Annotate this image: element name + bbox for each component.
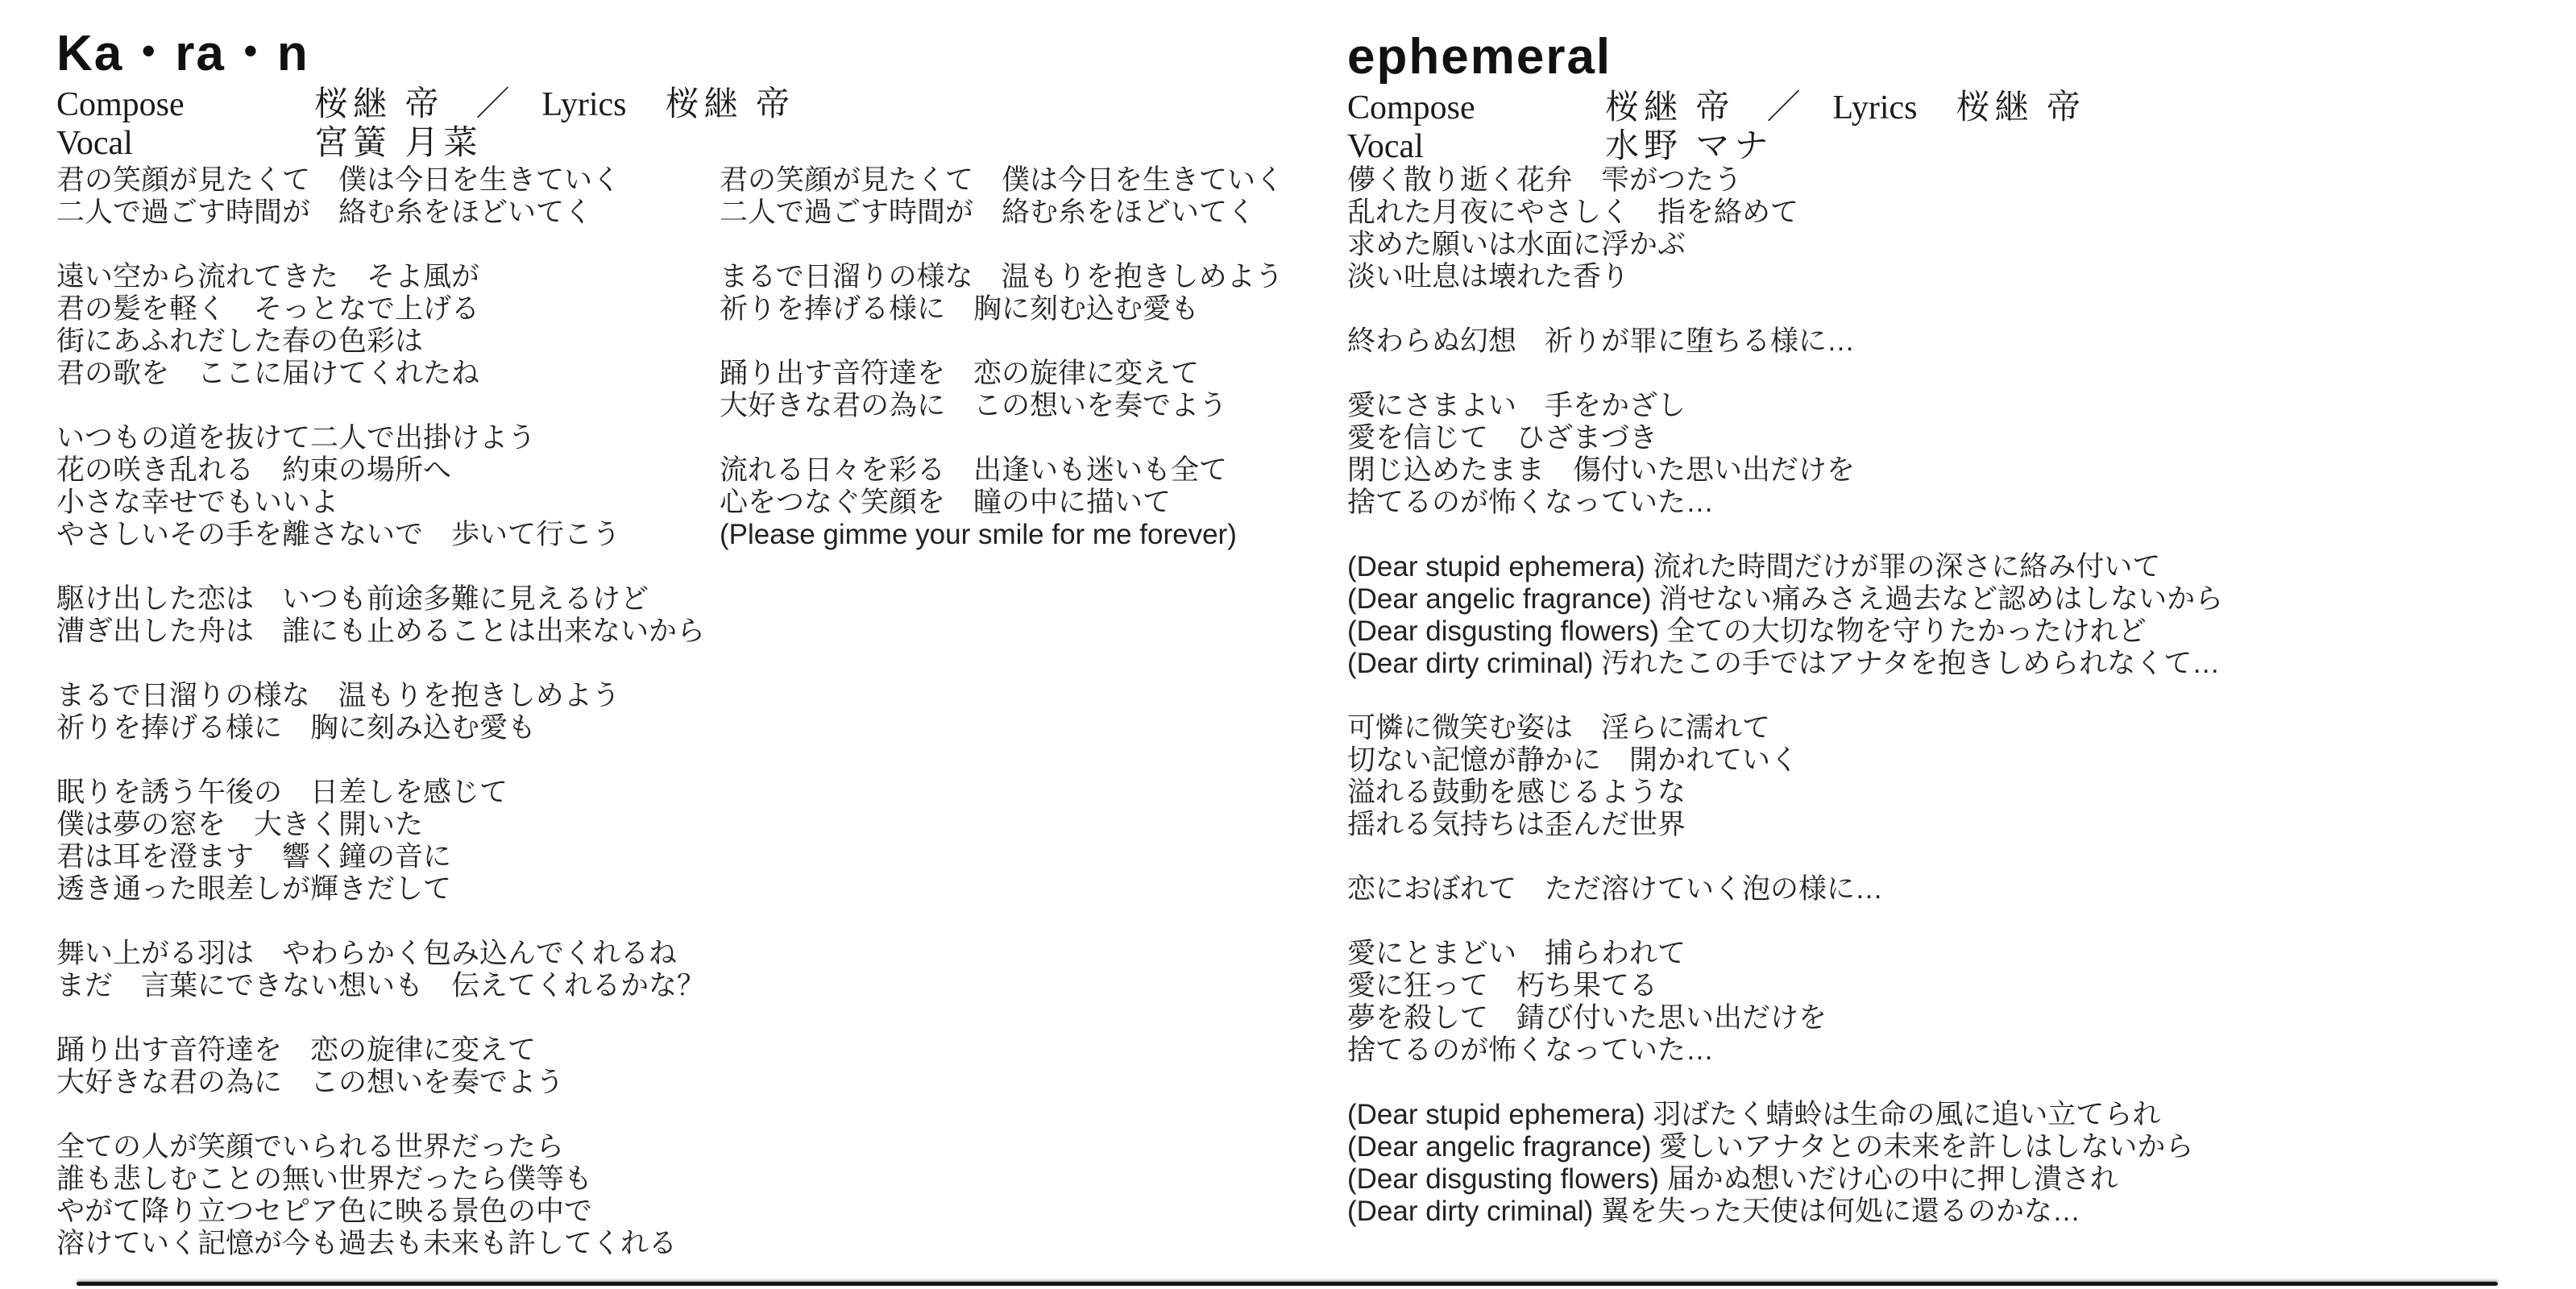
lyric-line: 漕ぎ出した舟は 誰にも止めることは出来ないから	[56, 615, 709, 648]
stanza: 愛にとまどい 捕らわれて愛に狂って 朽ち果てる夢を殺して 錆び付いた思い出だけを…	[1347, 938, 2395, 1067]
vocalist-name: 宮簧 月菜	[314, 124, 483, 163]
lyric-line: (Please gimme your smile for me forever)	[720, 519, 1340, 551]
stanza: (Dear stupid ephemera) 流れた時間だけが罪の深さに絡み付い…	[1347, 551, 2395, 680]
stanza: 流れる日々を彩る 出逢いも迷いも全て心をつなぐ笑顔を 瞳の中に描いて(Pleas…	[720, 454, 1340, 551]
lyric-line: いつもの道を抜けて二人で出掛けよう	[56, 422, 709, 454]
song-header-ephemeral: ephemeral Compose 桜継 帝 ／ Lyrics 桜継 帝 Voc…	[1347, 32, 2118, 166]
lyrics-label: Lyrics	[542, 85, 627, 124]
lyric-line: 流れる日々を彩る 出逢いも迷いも全て	[720, 454, 1340, 487]
lyric-line: 捨てるのが怖くなっていた…	[1347, 487, 2395, 519]
lyric-line: 君の髪を軽く そっとなで上げる	[56, 293, 709, 325]
stanza: 君の笑顔が見たくて 僕は今日を生きていく二人で過ごす時間が 絡む糸をほどいてく	[720, 164, 1340, 229]
lyric-line: 儚く散り逝く花弁 雫がつたう	[1347, 164, 2395, 197]
lyric-line: 淡い吐息は壊れた香り	[1347, 261, 2395, 293]
lyric-line: 捨てるのが怖くなっていた…	[1347, 1034, 2395, 1067]
lyric-line: 終わらぬ幻想 祈りが罪に堕ちる様に…	[1347, 325, 2395, 358]
stanza: 踊り出す音符達を 恋の旋律に変えて大好きな君の為に この想いを奏でよう	[720, 358, 1340, 422]
lyric-line: 夢を殺して 錆び付いた思い出だけを	[1347, 1002, 2395, 1034]
stanza: 舞い上がる羽は やわらかく包み込んでくれるねまだ 言葉にできない想いも 伝えてく…	[56, 938, 709, 1002]
stanza: いつもの道を抜けて二人で出掛けよう花の咲き乱れる 約束の場所へ小さな幸せでもいい…	[56, 422, 709, 551]
lyric-line: 小さな幸せでもいいよ	[56, 487, 709, 519]
lyric-line: 祈りを捧げる様に 胸に刻み込む愛も	[56, 712, 709, 744]
composer-name: 桜継 帝	[314, 85, 444, 124]
lyrics-column-karan-1: 君の笑顔が見たくて 僕は今日を生きていく二人で過ごす時間が 絡む糸をほどいてく遠…	[56, 164, 709, 1289]
lyric-line: 溶けていく記憶が今も過去も未来も許してくれる	[56, 1228, 709, 1260]
lyric-line: (Dear stupid ephemera) 流れた時間だけが罪の深さに絡み付い…	[1347, 551, 2395, 583]
lyric-line: 乱れた月夜にやさしく 指を絡めて	[1347, 197, 2395, 229]
lyric-line: 僕は夢の窓を 大きく開いた	[56, 809, 709, 841]
composer-name: 桜継 帝	[1605, 89, 1735, 127]
lyric-line: 街にあふれだした春の色彩は	[56, 325, 709, 358]
lyric-line: やがて降り立つセピア色に映る景色の中で	[56, 1196, 709, 1228]
stanza: 儚く散り逝く花弁 雫がつたう乱れた月夜にやさしく 指を絡めて求めた願いは水面に浮…	[1347, 164, 2395, 293]
lyric-line: (Dear dirty criminal) 翼を失った天使は何処に還るのかな…	[1347, 1196, 2395, 1228]
scan-edge-line	[77, 1282, 2498, 1286]
lyric-line: 踊り出す音符達を 恋の旋律に変えて	[56, 1034, 709, 1067]
lyric-line: 二人で過ごす時間が 絡む糸をほどいてく	[56, 197, 709, 229]
vocal-label: Vocal	[1347, 127, 1605, 166]
lyric-line: (Dear disgusting flowers) 全ての大切な物を守りたかった…	[1347, 615, 2395, 648]
lyric-line: 全ての人が笑顔でいられる世界だったら	[56, 1131, 709, 1163]
stanza: 君の笑顔が見たくて 僕は今日を生きていく二人で過ごす時間が 絡む糸をほどいてく	[56, 164, 709, 229]
lyrics-label: Lyrics	[1833, 89, 1918, 127]
lyric-line: 愛にさまよい 手をかざし	[1347, 390, 2395, 422]
stanza: 終わらぬ幻想 祈りが罪に堕ちる様に…	[1347, 325, 2395, 358]
stanza: 遠い空から流れてきた そよ風が君の髪を軽く そっとなで上げる街にあふれだした春の…	[56, 261, 709, 390]
lyric-line: (Dear disgusting flowers) 届かぬ想いだけ心の中に押し潰…	[1347, 1163, 2395, 1196]
lyric-line: (Dear dirty criminal) 汚れたこの手ではアナタを抱きしめられ…	[1347, 648, 2395, 680]
credit-separator: ／	[1767, 89, 1801, 127]
lyric-line: 踊り出す音符達を 恋の旋律に変えて	[720, 358, 1340, 390]
credit-row-vocal: Vocal 水野 マナ	[1347, 127, 2118, 166]
lyric-line: 切ない記憶が静かに 開かれていく	[1347, 744, 2395, 777]
lyric-line: 眠りを誘う午後の 日差しを感じて	[56, 777, 709, 809]
lyric-line: まるで日溜りの様な 温もりを抱きしめよう	[56, 680, 709, 712]
stanza: まるで日溜りの様な 温もりを抱きしめよう祈りを捧げる様に 胸に刻む込む愛も	[720, 261, 1340, 325]
lyric-line: 大好きな君の為に この想いを奏でよう	[720, 390, 1340, 422]
lyric-line: 駆け出した恋は いつも前途多難に見えるけど	[56, 583, 709, 615]
song-credits: Compose 桜継 帝 ／ Lyrics 桜継 帝 Vocal 水野 マナ	[1347, 89, 2118, 166]
credit-row-compose: Compose 桜継 帝 ／ Lyrics 桜継 帝	[1347, 89, 2118, 127]
lyric-line: 君は耳を澄ます 響く鐘の音に	[56, 841, 709, 873]
lyricist-name: 桜継 帝	[666, 85, 795, 124]
lyric-line: 溢れる鼓動を感じるような	[1347, 777, 2395, 809]
lyric-line: まだ 言葉にできない想いも 伝えてくれるかな？	[56, 970, 709, 1002]
lyric-line: 舞い上がる羽は やわらかく包み込んでくれるね	[56, 938, 709, 970]
lyric-line: 揺れる気持ちは歪んだ世界	[1347, 809, 2395, 841]
lyric-line: 恋におぼれて ただ溶けていく泡の様に…	[1347, 873, 2395, 906]
lyric-line: やさしいその手を離さないで 歩いて行こう	[56, 519, 709, 551]
lyrics-column-karan-2: 君の笑顔が見たくて 僕は今日を生きていく二人で過ごす時間が 絡む糸をほどいてくま…	[720, 164, 1340, 583]
stanza: (Dear stupid ephemera) 羽ばたく蜻蛉は生命の風に追い立てら…	[1347, 1099, 2395, 1228]
lyric-line: 花の咲き乱れる 約束の場所へ	[56, 454, 709, 487]
lyric-line: 誰も悲しむことの無い世界だったら僕等も	[56, 1163, 709, 1196]
song-title: ephemeral	[1347, 32, 2118, 82]
lyricist-name: 桜継 帝	[1956, 89, 2086, 127]
lyric-line: 君の歌を ここに届けてくれたね	[56, 358, 709, 390]
lyric-line: 可憐に微笑む姿は 淫らに濡れて	[1347, 712, 2395, 744]
lyric-line: まるで日溜りの様な 温もりを抱きしめよう	[720, 261, 1340, 293]
stanza: 恋におぼれて ただ溶けていく泡の様に…	[1347, 873, 2395, 906]
compose-label: Compose	[56, 85, 314, 124]
lyric-line: (Dear angelic fragrance) 愛しいアナタとの未来を許しはし…	[1347, 1131, 2395, 1163]
lyric-line: 求めた願いは水面に浮かぶ	[1347, 229, 2395, 261]
lyric-line: 遠い空から流れてきた そよ風が	[56, 261, 709, 293]
lyric-line: 愛にとまどい 捕らわれて	[1347, 938, 2395, 970]
lyric-line: 愛に狂って 朽ち果てる	[1347, 970, 2395, 1002]
lyric-line: 二人で過ごす時間が 絡む糸をほどいてく	[720, 197, 1340, 229]
stanza: 全ての人が笑顔でいられる世界だったら誰も悲しむことの無い世界だったら僕等もやがて…	[56, 1131, 709, 1260]
stanza: 踊り出す音符達を 恋の旋律に変えて大好きな君の為に この想いを奏でよう	[56, 1034, 709, 1099]
stanza: 可憐に微笑む姿は 淫らに濡れて切ない記憶が静かに 開かれていく溢れる鼓動を感じる…	[1347, 712, 2395, 841]
lyric-line: 心をつなぐ笑顔を 瞳の中に描いて	[720, 487, 1340, 519]
song-title: Ka・ra・n	[56, 29, 827, 79]
song-credits: Compose 桜継 帝 ／ Lyrics 桜継 帝 Vocal 宮簧 月菜	[56, 85, 827, 163]
stanza: 眠りを誘う午後の 日差しを感じて僕は夢の窓を 大きく開いた君は耳を澄ます 響く鐘…	[56, 777, 709, 906]
credit-row-compose: Compose 桜継 帝 ／ Lyrics 桜継 帝	[56, 85, 827, 124]
lyrics-column-ephemeral-1: 儚く散り逝く花弁 雫がつたう乱れた月夜にやさしく 指を絡めて求めた願いは水面に浮…	[1347, 164, 2395, 1260]
stanza: まるで日溜りの様な 温もりを抱きしめよう祈りを捧げる様に 胸に刻み込む愛も	[56, 680, 709, 744]
lyric-line: 透き通った眼差しが輝きだして	[56, 873, 709, 906]
vocalist-name: 水野 マナ	[1605, 127, 1773, 166]
lyric-line: 大好きな君の為に この想いを奏でよう	[56, 1067, 709, 1099]
lyrics-booklet-page: Ka・ra・n Compose 桜継 帝 ／ Lyrics 桜継 帝 Vocal…	[0, 0, 2576, 1289]
credit-separator: ／	[476, 85, 510, 124]
lyric-line: (Dear angelic fragrance) 消せない痛みさえ過去など認めは…	[1347, 583, 2395, 615]
song-header-karan: Ka・ra・n Compose 桜継 帝 ／ Lyrics 桜継 帝 Vocal…	[56, 29, 827, 163]
stanza: 駆け出した恋は いつも前途多難に見えるけど漕ぎ出した舟は 誰にも止めることは出来…	[56, 583, 709, 648]
lyric-line: 祈りを捧げる様に 胸に刻む込む愛も	[720, 293, 1340, 325]
stanza: 愛にさまよい 手をかざし愛を信じて ひざまづき閉じ込めたまま 傷付いた思い出だけ…	[1347, 390, 2395, 519]
lyric-line: 君の笑顔が見たくて 僕は今日を生きていく	[56, 164, 709, 197]
compose-label: Compose	[1347, 89, 1605, 127]
lyric-line: 君の笑顔が見たくて 僕は今日を生きていく	[720, 164, 1340, 197]
lyric-line: (Dear stupid ephemera) 羽ばたく蜻蛉は生命の風に追い立てら…	[1347, 1099, 2395, 1131]
lyric-line: 愛を信じて ひざまづき	[1347, 422, 2395, 454]
lyric-line: 閉じ込めたまま 傷付いた思い出だけを	[1347, 454, 2395, 487]
credit-row-vocal: Vocal 宮簧 月菜	[56, 124, 827, 163]
vocal-label: Vocal	[56, 124, 314, 163]
